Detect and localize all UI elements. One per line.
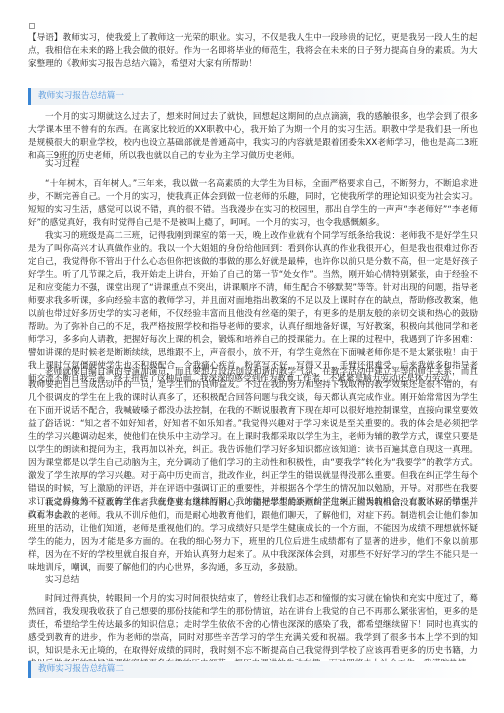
intro-paragraph: 【导语】教师实习，使我爱上了教师这一光荣的职业。实习，不仅是我人生中一段珍贵的记… [28,32,478,71]
paragraph-1: 一个月的实习期就这么过去了，想来时间过去了就快，回想起这期间的点点滴滴，我的感触… [28,111,478,163]
subheading-process: 实习过程 [45,158,79,171]
subheading-summary: 实习总结 [45,574,79,587]
paragraph-3: 我实习的班级是高二三班，记得我刚到课室的第一天，晚上改作业就有个同学写纸条给我说… [28,230,478,386]
section-heading-1-title: 教师实习报告总结篇一 [38,91,124,102]
section-heading-1: 教师实习报告总结篇一 [28,88,478,105]
broken-image-icon [29,23,35,29]
paragraph-6: 我觉得身为一位教育工作者，就是要有这样的耐心，才能把学生的缺点纠正过来。因为我相… [28,497,478,575]
paragraph-7: 时间过得真快，转眼间一个月的实习时间很快结束了，曾经让我们忐忑和憧憬的实习就在愉… [28,593,478,671]
section-heading-2-title: 教师实习报告总结篇二 [38,664,124,675]
paragraph-2: “十年树木，百年树人。”三年来，我以做一名高素质的大学生为目标，全面严格要求自己… [28,178,478,230]
section-heading-2: 教师实习报告总结篇二 [28,661,478,678]
